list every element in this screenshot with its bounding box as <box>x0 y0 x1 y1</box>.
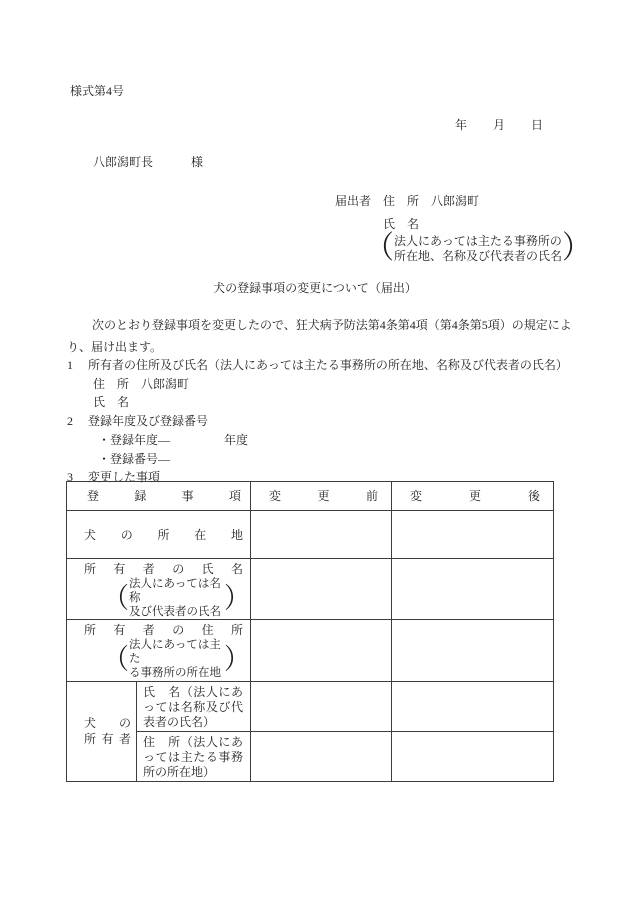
day-label: 日 <box>531 118 543 133</box>
body-line-1: 次のとおり登録事項を変更したので、狂犬病予防法第4条第4項（第4条第5項）の規定… <box>67 314 572 336</box>
row-new-owner-name: 犬の 所有者 氏 名（法人にあっては名称及び代表者の氏名） <box>67 681 554 731</box>
corp-note-line2: 所在地、名称及び代表者の氏名 <box>394 249 562 264</box>
corp-note-line1: 法人にあっては主たる事務所の <box>394 234 562 249</box>
registration-number-label: ・登録番号― <box>98 450 170 469</box>
document-title: 犬の登録事項の変更について（届出） <box>0 281 630 296</box>
form-number: 様式第4号 <box>70 84 124 99</box>
item-1: 1 所有者の住所及び氏名（法人にあっては主たる事務所の所在地、名称及び代表者の氏… <box>67 356 607 375</box>
owner-address-after-cell <box>392 620 554 681</box>
open-paren: （ <box>365 233 394 264</box>
notifier-name-label: 氏 名 <box>383 217 591 232</box>
item-1-number: 1 <box>67 356 88 375</box>
header-registered-items: 登録事項 <box>67 482 251 511</box>
owner-address-label-cell: 所有者の住所 （ 法人にあっては主た る事務所の所在地 ） <box>67 620 251 681</box>
new-owner-name-before-cell <box>251 681 392 731</box>
row-owner-address: 所有者の住所 （ 法人にあっては主た る事務所の所在地 ） <box>67 620 554 681</box>
owner-name-after-cell <box>392 559 554 620</box>
year-label: 年 <box>455 118 467 133</box>
body-paragraph: 次のとおり登録事項を変更したので、狂犬病予防法第4条第4項（第4条第5項）の規定… <box>67 314 572 358</box>
changed-items-table: 登録事項 変更前 変更後 犬の所在地 所有者の氏名 （ 法人にあって <box>66 481 554 782</box>
owner-address-before-cell <box>251 620 392 681</box>
addressee-line: 八郎潟町長 様 <box>93 155 203 170</box>
bullet-registration-number: ・登録番号― <box>98 450 607 469</box>
owner-name-label-cell: 所有者の氏名 （ 法人にあっては名称 及び代表者の氏名 ） <box>67 559 251 620</box>
new-owner-address-after-cell <box>392 731 554 781</box>
close-paren: ） <box>562 233 591 264</box>
table-header-row: 登録事項 変更前 変更後 <box>67 482 554 511</box>
fiscal-year-suffix: 年度 <box>224 431 248 450</box>
open-paren: （ <box>103 646 129 674</box>
notifier-address-line: 届出者 住 所 八郎潟町 <box>335 194 591 209</box>
open-paren: （ <box>103 585 129 613</box>
item-1-text: 所有者の住所及び氏名（法人にあっては主たる事務所の所在地、名称及び代表者の氏名） <box>88 356 568 375</box>
date-line: 年 月 日 <box>455 118 543 133</box>
dog-location-label-cell: 犬の所在地 <box>67 511 251 559</box>
row-dog-location: 犬の所在地 <box>67 511 554 559</box>
item-2-text: 登録年度及び登録番号 <box>88 412 208 431</box>
document-page: 様式第4号 年 月 日 八郎潟町長 様 届出者 住 所 八郎潟町 氏 名 （ 法… <box>0 0 630 903</box>
item-2-number: 2 <box>67 412 88 431</box>
owner-address-note-line1: 法人にあっては主た <box>129 639 224 667</box>
dog-owner-group-cell: 犬の 所有者 <box>67 681 137 781</box>
owner-address-corp-note: （ 法人にあっては主た る事務所の所在地 ） <box>103 639 250 680</box>
dog-location-before-cell <box>251 511 392 559</box>
row-owner-name: 所有者の氏名 （ 法人にあっては名称 及び代表者の氏名 ） <box>67 559 554 620</box>
new-owner-address-label-cell: 住 所（法人にあっては主たる事務所の所在地） <box>137 731 251 781</box>
month-label: 月 <box>493 118 505 133</box>
notifier-corp-note: （ 法人にあっては主たる事務所の 所在地、名称及び代表者の氏名 ） <box>365 234 591 263</box>
numbered-items: 1 所有者の住所及び氏名（法人にあっては主たる事務所の所在地、名称及び代表者の氏… <box>67 356 607 487</box>
bullet-registration-year: ・登録年度― 年度 <box>98 431 607 450</box>
registration-year-label: ・登録年度― <box>98 431 170 450</box>
close-paren: ） <box>224 585 250 613</box>
item-2: 2 登録年度及び登録番号 <box>67 412 607 431</box>
dog-owner-label-line1: 犬の <box>84 715 131 731</box>
dog-owner-label-line2: 所有者 <box>84 731 131 747</box>
owner-name-note-line1: 法人にあっては名称 <box>129 578 224 606</box>
close-paren: ） <box>224 646 250 674</box>
new-owner-name-label-cell: 氏 名（法人にあっては名称及び代表者の氏名） <box>137 681 251 731</box>
item-1-name-line: 氏 名 <box>93 393 607 412</box>
corp-note-text: 法人にあっては主たる事務所の 所在地、名称及び代表者の氏名 <box>394 234 562 263</box>
new-owner-address-before-cell <box>251 731 392 781</box>
new-owner-name-after-cell <box>392 681 554 731</box>
body-line-2: り、届け出ます。 <box>67 336 572 358</box>
header-before-change: 変更前 <box>251 482 392 511</box>
notifier-block: 届出者 住 所 八郎潟町 氏 名 （ 法人にあっては主たる事務所の 所在地、名称… <box>335 194 591 263</box>
row-new-owner-address: 住 所（法人にあっては主たる事務所の所在地） <box>67 731 554 781</box>
owner-name-corp-note: （ 法人にあっては名称 及び代表者の氏名 ） <box>103 578 250 619</box>
addressee-name: 八郎潟町長 <box>93 155 153 170</box>
header-after-change: 変更後 <box>392 482 554 511</box>
owner-name-note-line2: 及び代表者の氏名 <box>129 606 224 620</box>
owner-address-note-line2: る事務所の所在地 <box>129 667 224 681</box>
dog-location-after-cell <box>392 511 554 559</box>
item-1-address-line: 住 所 八郎潟町 <box>93 375 607 394</box>
addressee-honorific: 様 <box>191 155 203 170</box>
owner-name-before-cell <box>251 559 392 620</box>
